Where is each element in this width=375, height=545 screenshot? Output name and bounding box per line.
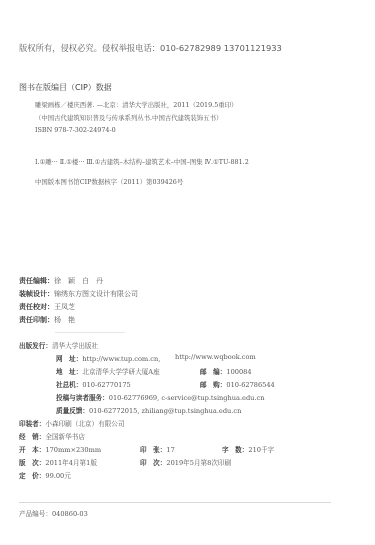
divider-short: [55, 332, 125, 333]
address-label: 地 址：: [56, 368, 82, 376]
publisher-address: 地 址：北京清华大学学研大厦A座: [56, 366, 160, 376]
credit-proofreader: 责任校对：王凤芝: [19, 302, 75, 312]
submissions-value: 010-62776969, c-service@tup.tsinghua.edu…: [109, 394, 265, 402]
credit-value: 徐 颖 白 丹: [54, 277, 103, 285]
copyright-notice: 版权所有，侵权必究。侵权举报电话：010-62782989 1370112193…: [19, 42, 282, 54]
credit-printing-manager: 责任印制：杨 艳: [19, 315, 75, 325]
distributor-value: 全国新华书店: [45, 433, 85, 441]
publisher-postcode: 邮 编：100084: [200, 366, 252, 376]
credit-value: 王凤芝: [54, 303, 75, 311]
address-value: 北京清华大学学研大厦A座: [82, 368, 159, 376]
credit-editor: 责任编辑：徐 颖 白 丹: [19, 276, 103, 286]
publisher-value: 清华大学出版社: [52, 342, 98, 350]
format-value: 170mm×230mm: [45, 446, 101, 454]
publisher-label: 出版发行：: [19, 342, 52, 350]
edition-value: 2011年4月第1版: [45, 459, 97, 467]
website-label: 网 址：: [56, 355, 82, 363]
price-value: 99.00元: [45, 472, 70, 480]
word-count: 字 数：210千字: [222, 444, 274, 454]
switchboard-label: 社总机：: [56, 381, 82, 389]
format: 开 本：170mm×230mm: [19, 444, 101, 454]
quality-label: 质量反馈：: [56, 407, 89, 415]
product-code-label: 产品编号：: [19, 510, 52, 518]
quality-value: 010-62772015, zhiliang@tup.tsinghua.edu.…: [89, 407, 241, 415]
publisher-quality-feedback: 质量反馈：010-62772015, zhiliang@tup.tsinghua…: [56, 405, 241, 415]
publisher-submissions: 投稿与读者服务：010-62776969, c-service@tup.tsin…: [56, 392, 264, 402]
website-link-1[interactable]: http://www.tup.com.cn,: [82, 355, 160, 363]
cip-catalog-number: 中国版本图书馆CIP数据核字（2011）第039426号: [35, 177, 183, 186]
distributor: 经 销：全国新华书店: [19, 431, 85, 441]
publisher-name: 出版发行：清华大学出版社: [19, 340, 98, 350]
format-label: 开 本：: [19, 446, 45, 454]
publisher-website-2[interactable]: http://www.wqbook.com: [175, 353, 256, 361]
distributor-label: 经 销：: [19, 433, 45, 441]
credit-value: 锦绣东方图文设计有限公司: [54, 290, 138, 298]
printer: 印装者：小森印刷（北京）有限公司: [19, 418, 125, 428]
sheets-value: 17: [166, 446, 174, 454]
credit-design: 装帧设计：锦绣东方图文设计有限公司: [19, 289, 138, 299]
impression-value: 2019年5月第8次印刷: [166, 459, 231, 467]
price: 定 价：99.00元: [19, 470, 71, 480]
cip-series-line: （中国古代建筑知识普及与传承系列丛书.中国古代建筑装饰五书）: [35, 113, 222, 122]
words-label: 字 数：: [222, 446, 248, 454]
price-label: 定 价：: [19, 472, 45, 480]
mail-order-value: 010-62786544: [226, 381, 274, 389]
edition: 版 次：2011年4月第1版: [19, 457, 97, 467]
sheets: 印 张：17: [140, 444, 175, 454]
product-code-value: 040860-03: [52, 510, 88, 518]
credit-label: 责任校对：: [19, 303, 54, 311]
cip-classification-line: Ⅰ.①雕··· Ⅱ.①楼··· Ⅲ.①古建筑–木结构–建筑艺术–中国–图集 Ⅳ.…: [35, 157, 249, 166]
printer-value: 小森印刷（北京）有限公司: [45, 420, 124, 428]
mail-order-label: 邮 购：: [200, 381, 226, 389]
switchboard-value: 010-62770175: [82, 381, 130, 389]
impression-label: 印 次：: [140, 459, 166, 467]
credit-label: 装帧设计：: [19, 290, 54, 298]
publisher-mail-order: 邮 购：010-62786544: [200, 379, 275, 389]
postcode-label: 邮 编：: [200, 368, 226, 376]
impression: 印 次：2019年5月第8次印刷: [140, 457, 231, 467]
postcode-value: 100084: [226, 368, 251, 376]
submissions-label: 投稿与读者服务：: [56, 394, 109, 402]
printer-label: 印装者：: [19, 420, 45, 428]
publisher-website: 网 址：http://www.tup.com.cn,: [56, 353, 160, 363]
publisher-switchboard: 社总机：010-62770175: [56, 379, 131, 389]
cip-title-line: 雕梁画栋／楼庆西著. —北京：清华大学出版社，2011（2019.5重印）: [35, 100, 237, 109]
credit-label: 责任印制：: [19, 316, 54, 324]
cip-title: 图书在版编目（CIP）数据: [19, 82, 112, 93]
edition-label: 版 次：: [19, 459, 45, 467]
sheets-label: 印 张：: [140, 446, 166, 454]
words-value: 210千字: [248, 446, 274, 454]
divider-bottom: [19, 502, 331, 503]
credit-value: 杨 艳: [54, 316, 75, 324]
credit-label: 责任编辑：: [19, 277, 54, 285]
cip-isbn-line: ISBN 978-7-302-24974-0: [35, 126, 116, 134]
product-code: 产品编号：040860-03: [19, 508, 88, 518]
